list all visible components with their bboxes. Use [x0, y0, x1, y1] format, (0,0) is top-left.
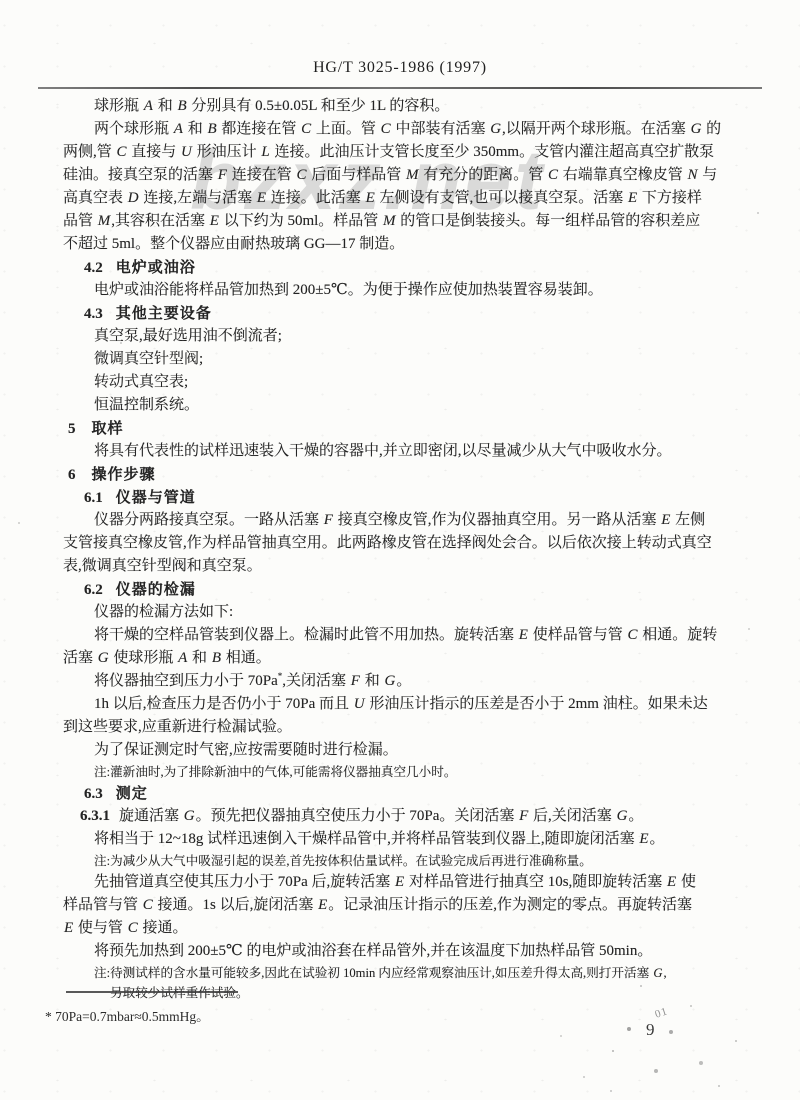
text-line: 两侧,管 C 直接与 U 形油压计 L 连接。此油压计支管长度至少 350mm。… — [63, 141, 763, 164]
text-line: 微调真空针型阀; — [63, 348, 763, 371]
footnote: * 70Pa=0.7mbar≈0.5mmHg。 — [45, 1005, 210, 1025]
text-line: 将仪器抽空到压力小于 70Pa*,关闭活塞 F 和 G。 — [63, 670, 763, 693]
text-line: E 使与管 C 接通。 — [63, 917, 763, 940]
text-line: 将预先加热到 200±5℃ 的电炉或油浴套在样品管外,并在该温度下加热样品管 5… — [63, 940, 763, 963]
text-line: 5取样 — [63, 417, 763, 440]
clause-number: 4.2 — [84, 260, 103, 276]
text-line: 将干燥的空样品管装到仪器上。检漏时此管不用加热。旋转活塞 E 使样品管与管 C … — [63, 624, 763, 647]
text-line: 将具有代表性的试样迅速装入干燥的容器中,并立即密闭,以尽量减少从大气中吸收水分。 — [63, 440, 763, 463]
clause-number: 5 — [68, 421, 76, 437]
text-line: 6.3.1旋通活塞 G。预先把仪器抽真空使压力小于 70Pa。关闭活塞 F 后,… — [63, 805, 763, 828]
text-line: 转动式真空表; — [63, 371, 763, 394]
text-line: 到这些要求,应重新进行检漏试验。 — [63, 716, 763, 739]
text-line: 不超过 5ml。整个仪器应由耐热玻璃 GG—17 制造。 — [63, 233, 763, 256]
text-line: 先抽管道真空使其压力小于 70Pa 后,旋转活塞 E 对样品管进行抽真空 10s… — [63, 871, 763, 894]
text-line: 球形瓶 A 和 B 分别具有 0.5±0.05L 和至少 1L 的容积。 — [63, 95, 763, 118]
text-line: 4.3其他主要设备 — [63, 302, 763, 325]
text-line: 4.2电炉或油浴 — [63, 256, 763, 279]
clause-number: 6.1 — [84, 490, 103, 506]
text-line: 6.3测定 — [63, 782, 763, 805]
text-line: 品管 M,其容积在活塞 E 以下约为 50ml。样品管 M 的管口是倒装接头。每… — [63, 210, 763, 233]
clause-number: 6.2 — [84, 582, 103, 598]
text-line: 6.1仪器与管道 — [63, 486, 763, 509]
text-line: 注:待测试样的含水量可能较多,因此在试验初 10min 内应经常观察油压计,如压… — [63, 963, 763, 983]
text-line: 将相当于 12~18g 试样迅速倒入干燥样品管中,并将样品管装到仪器上,随即旋闭… — [63, 828, 763, 851]
scan-speckles — [0, 0, 2, 2]
text-line: 活塞 G 使球形瓶 A 和 B 相通。 — [63, 647, 763, 670]
clause-number: 6 — [68, 467, 76, 483]
header-rule — [38, 87, 762, 89]
page-number: 9 — [646, 1020, 655, 1040]
text-line: 注:为减少从大气中吸湿引起的误差,首先按体积估量试样。在试验完成后再进行准确称量… — [63, 851, 763, 871]
text-line: 样品管与管 C 接通。1s 以后,旋闭活塞 E。记录油压计指示的压差,作为测定的… — [63, 894, 763, 917]
document-page: bzxz.net HG/T 3025-1986 (1997) 球形瓶 A 和 B… — [0, 0, 800, 1100]
text-line: 硅油。接真空泵的活塞 F 连接在管 C 后面与样品管 M 有充分的距离。管 C … — [63, 164, 763, 187]
text-line: 支管接真空橡皮管,作为样品管抽真空用。此两路橡皮管在选择阀处会合。以后依次接上转… — [63, 532, 763, 555]
document-body: 球形瓶 A 和 B 分别具有 0.5±0.05L 和至少 1L 的容积。两个球形… — [63, 95, 763, 1003]
page-smudge: 01 — [653, 1005, 669, 1020]
text-line: 仪器的检漏方法如下: — [63, 601, 763, 624]
text-line: 真空泵,最好选用油不倒流者; — [63, 325, 763, 348]
text-line: 6.2仪器的检漏 — [63, 578, 763, 601]
text-line: 两个球形瓶 A 和 B 都连接在管 C 上面。管 C 中部装有活塞 G,以隔开两… — [63, 118, 763, 141]
text-line: 高真空表 D 连接,左端与活塞 E 连接。此活塞 E 左侧设有支管,也可以接真空… — [63, 187, 763, 210]
text-line: 注:灌新油时,为了排除新油中的气体,可能需将仪器抽真空几小时。 — [63, 762, 763, 782]
clause-number: 4.3 — [84, 306, 103, 322]
text-line: 表,微调真空针型阀和真空泵。 — [63, 555, 763, 578]
text-line: 仪器分两路接真空泵。一路从活塞 F 接真空橡皮管,作为仪器抽真空用。另一路从活塞… — [63, 509, 763, 532]
text-line: 另取较少试样重作试验。 — [63, 983, 763, 1003]
text-line: 为了保证测定时气密,应按需要随时进行检漏。 — [63, 739, 763, 762]
clause-number: 6.3 — [84, 786, 103, 802]
standard-number: HG/T 3025-1986 (1997) — [0, 59, 800, 77]
text-line: 恒温控制系统。 — [63, 394, 763, 417]
text-line: 1h 以后,检查压力是否仍小于 70Pa 而且 U 形油压计指示的压差是否小于 … — [63, 693, 763, 716]
clause-number: 6.3.1 — [80, 808, 110, 824]
footnote-rule — [66, 991, 238, 993]
text-line: 6操作步骤 — [63, 463, 763, 486]
text-line: 电炉或油浴能将样品管加热到 200±5℃。为便于操作应使加热装置容易装卸。 — [63, 279, 763, 302]
